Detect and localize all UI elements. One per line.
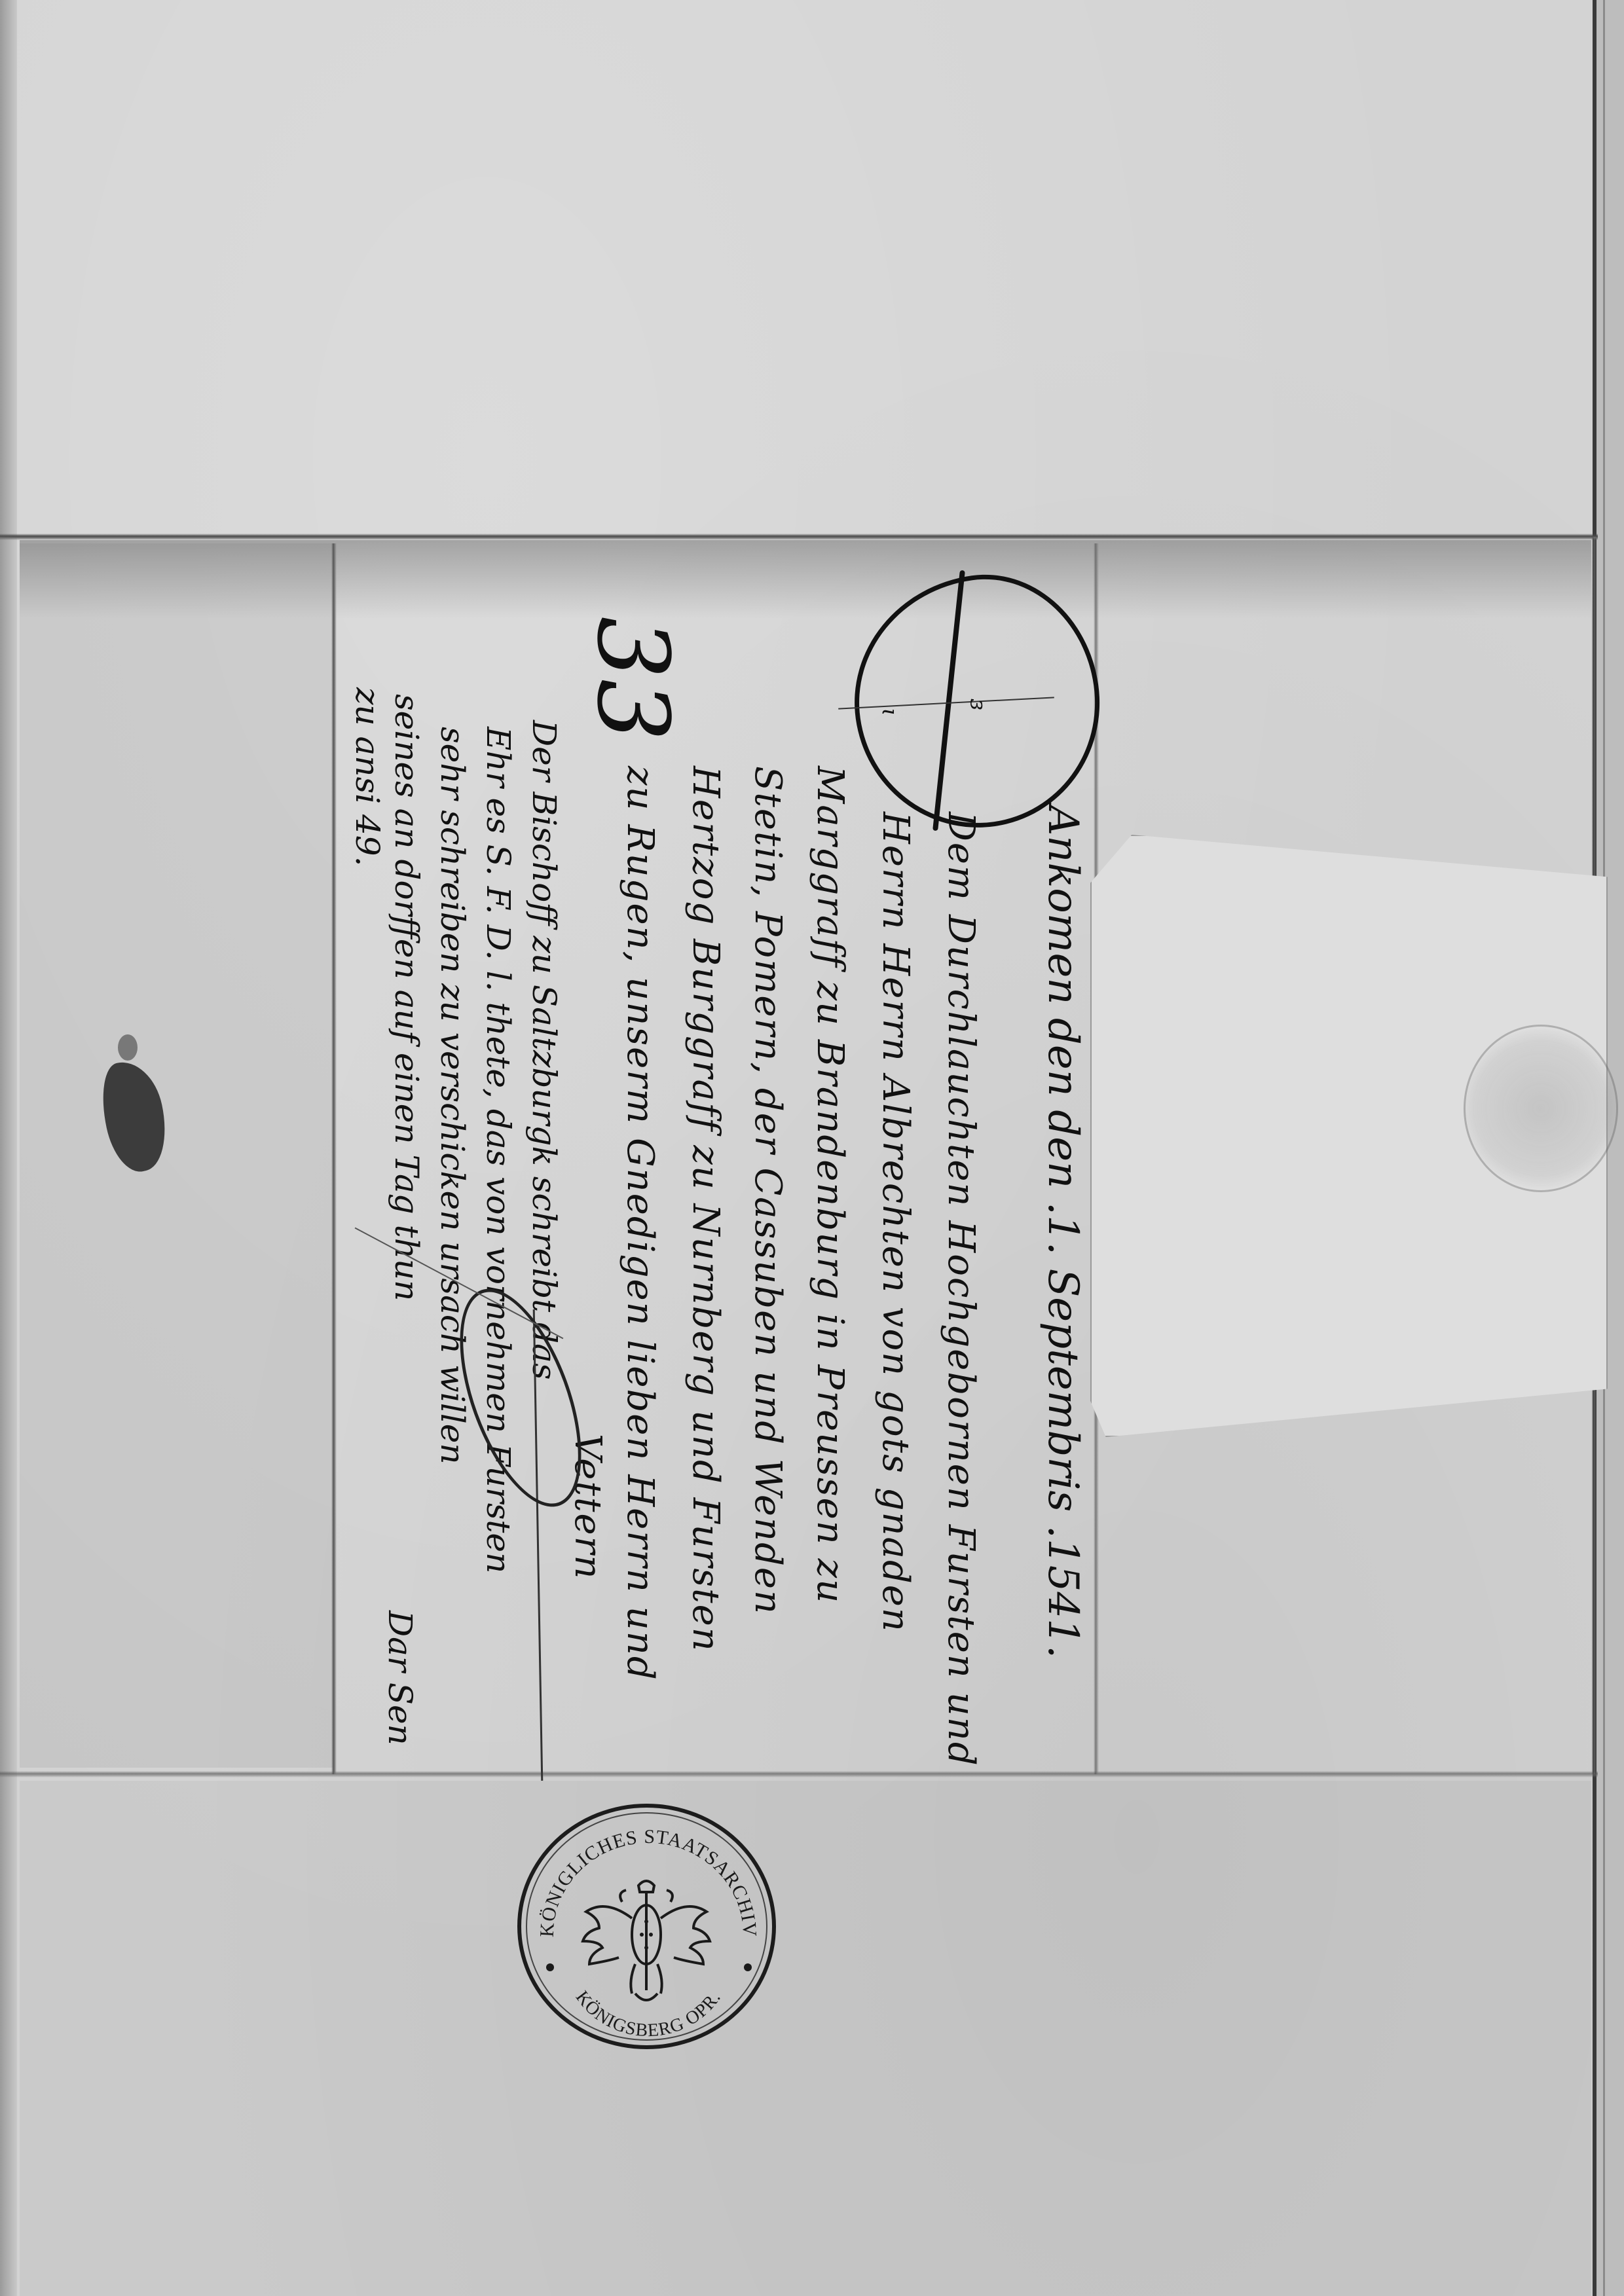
address-line: Herrn Herrn Albrechten von gots gnaden (874, 812, 917, 1633)
eagle-icon (576, 1872, 717, 2016)
folio-numeral: 33 (575, 617, 689, 742)
address-line: zu Rugen, unserm Gnedigen lieben Herrn u… (619, 766, 661, 1681)
registry-note-line: seines an dorffen auf einen Tag thun (388, 694, 426, 1301)
registry-note-signoff: Dar Sen (381, 1611, 419, 1745)
wax-seal-remnant-icon (1464, 1025, 1618, 1192)
symbol-mark-right: ɜ (965, 699, 991, 710)
address-line: Dem Durchlauchten Hochgebornen Fursten u… (940, 812, 982, 1767)
upper-fold-shadow (20, 540, 1591, 619)
arrival-note: Ankomen den den .1. Septembris .1541. (1039, 805, 1087, 1658)
address-line: Hertzog Burggraff zu Nurnberg und Furste… (684, 766, 727, 1652)
upper-horizontal-fold (0, 534, 1598, 540)
symbol-mark-left: ɩ (877, 708, 903, 716)
left-vertical-fold (331, 543, 337, 1774)
address-line: Stetin, Pomern, der Cassuben und Wenden (747, 766, 789, 1615)
left-page-edge (0, 0, 17, 2296)
ink-spot (118, 1034, 138, 1061)
bottom-panel-shade (20, 1781, 1591, 2296)
left-panel-shade (20, 543, 334, 1768)
arrival-month: Septembris (1039, 1268, 1087, 1512)
registry-note-line: Der Bischoff zu Saltzburgk schreibt das (525, 720, 563, 1380)
registry-note-line: zu ansi 49. (348, 687, 386, 867)
arrival-label: Ankomen den (1039, 805, 1087, 1097)
lower-horizontal-fold (0, 1771, 1598, 1777)
arrival-day: 1 (1039, 1215, 1087, 1242)
arrival-year: 1541 (1039, 1539, 1087, 1645)
address-line: Marggraff zu Brandenburg in Preussen zu (809, 766, 851, 1604)
